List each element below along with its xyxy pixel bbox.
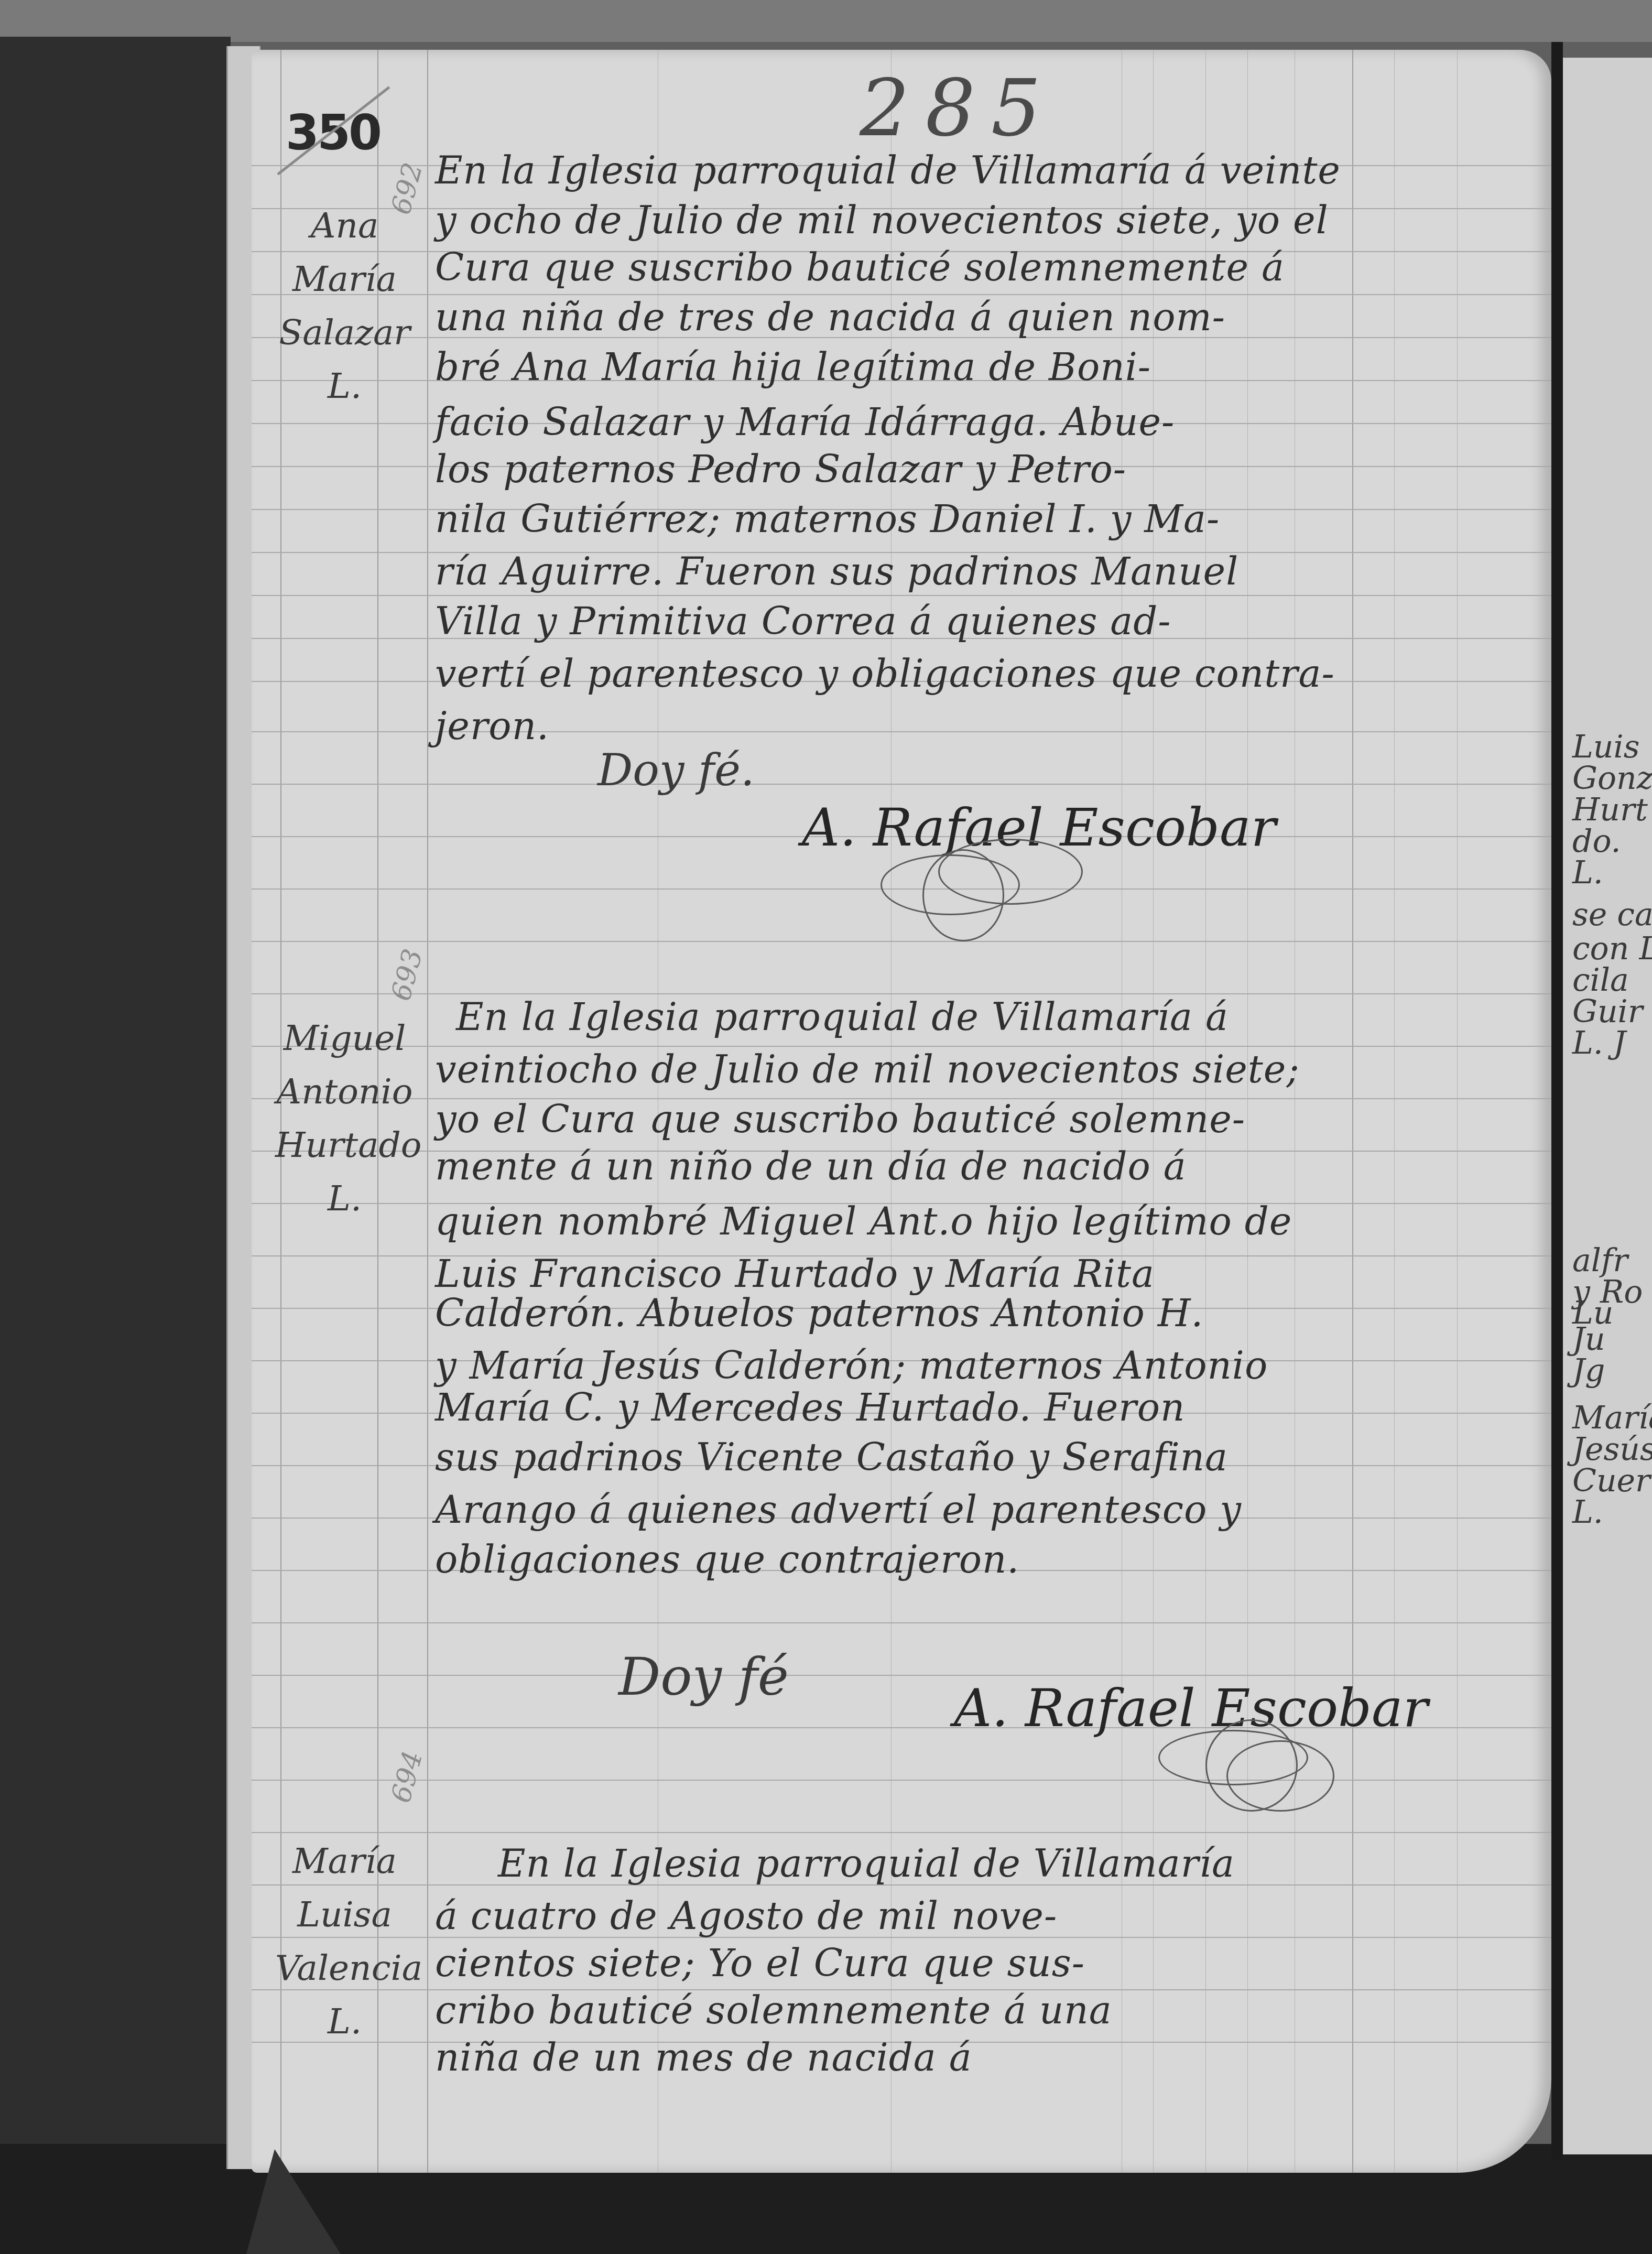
record-line: En la Iglesia parroquial de Villamaría bbox=[498, 1840, 1599, 1887]
record-line: María C. y Mercedes Hurtado. Fueron bbox=[435, 1384, 1536, 1431]
margin-name-line: L. bbox=[275, 1172, 414, 1226]
margin-name-line: Hurtado bbox=[275, 1119, 414, 1172]
record-line: Cura que suscribo bauticé solemnemente á bbox=[435, 244, 1536, 291]
margin-name-entry-3: María Luisa Valencia L. bbox=[275, 1835, 414, 2049]
record-line: sus padrinos Vicente Castaño y Serafina bbox=[435, 1434, 1536, 1481]
record-line: bré Ana María hija legítima de Boni- bbox=[435, 343, 1536, 391]
record-line: cribo bauticé solemnemente á una bbox=[435, 1987, 1536, 2034]
signature-flourish bbox=[922, 849, 1004, 941]
margin-name-line: Salazar bbox=[275, 306, 414, 360]
record-line: Calderón. Abuelos paternos Antonio H. bbox=[435, 1289, 1536, 1337]
margin-name-line: María bbox=[275, 1835, 414, 1888]
rule-horizontal bbox=[252, 784, 1551, 785]
priest-signature: A. Rafael Escobar bbox=[954, 1677, 1428, 1739]
margin-name-line: Antonio bbox=[275, 1065, 414, 1119]
rule-horizontal bbox=[252, 1675, 1551, 1676]
margin-name-line: Luisa bbox=[275, 1888, 414, 1942]
rule-horizontal bbox=[252, 1780, 1551, 1781]
adjacent-fragment: L. bbox=[1572, 1489, 1603, 1536]
margin-name-line: L. bbox=[275, 360, 414, 413]
margin-name-line: Miguel bbox=[275, 1012, 414, 1065]
book-cover-left bbox=[0, 37, 231, 2144]
record-line: obligaciones que contrajeron. bbox=[435, 1536, 1536, 1583]
record-line: una niña de tres de nacida á quien nom- bbox=[435, 294, 1536, 341]
record-line: vertí el parentesco y obligaciones que c… bbox=[435, 650, 1536, 697]
signature-flourish bbox=[1226, 1740, 1334, 1812]
record-line: y ocho de Julio de mil novecientos siete… bbox=[435, 197, 1536, 244]
adjacent-fragment: L. bbox=[1572, 849, 1603, 896]
rule-horizontal bbox=[252, 595, 1551, 596]
margin-name-line: Ana bbox=[275, 199, 414, 253]
rule-horizontal bbox=[252, 1622, 1551, 1623]
page-number: 285 bbox=[860, 63, 1057, 154]
record-line: nila Gutiérrez; maternos Daniel I. y Ma- bbox=[435, 495, 1536, 543]
margin-name-entry-1: Ana María Salazar L. bbox=[275, 199, 414, 413]
record-line: En la Iglesia parroquial de Villamaría á… bbox=[435, 147, 1536, 194]
record-line: facio Salazar y María Idárraga. Abue- bbox=[435, 398, 1536, 446]
rule-horizontal bbox=[252, 1832, 1551, 1833]
record-line: jeron. bbox=[435, 702, 1536, 750]
record-line: los paternos Pedro Salazar y Petro- bbox=[435, 446, 1536, 493]
margin-name-line: María bbox=[275, 253, 414, 306]
margin-name-entry-2: Miguel Antonio Hurtado L. bbox=[275, 1012, 414, 1226]
rule-horizontal bbox=[252, 941, 1551, 942]
record-line: En la Iglesia parroquial de Villamaría á bbox=[456, 993, 1557, 1041]
closing-formula: Doy fé. bbox=[597, 744, 755, 796]
closing-formula: Doy fé bbox=[618, 1646, 789, 1707]
record-line: ría Aguirre. Fueron sus padrinos Manuel bbox=[435, 548, 1536, 595]
record-line: Villa y Primitiva Correa á quienes ad- bbox=[435, 598, 1536, 645]
record-line: mente á un niño de un día de nacido á bbox=[435, 1143, 1536, 1190]
rule-vertical bbox=[427, 50, 428, 2173]
adjacent-fragment: Jg bbox=[1572, 1347, 1605, 1394]
record-line: y María Jesús Calderón; maternos Antonio bbox=[435, 1342, 1536, 1389]
record-line: á cuatro de Agosto de mil nove- bbox=[435, 1892, 1536, 1939]
record-line: veintiocho de Julio de mil novecientos s… bbox=[435, 1046, 1536, 1093]
record-line: quien nombré Miguel Ant.o hijo legítimo … bbox=[435, 1198, 1536, 1245]
margin-name-line: L. bbox=[275, 1995, 414, 2049]
adjacent-fragment: L. J bbox=[1572, 1020, 1626, 1067]
margin-name-line: Valencia bbox=[275, 1942, 414, 1995]
record-line: yo el Cura que suscribo bauticé solemne- bbox=[435, 1096, 1536, 1143]
record-line: Arango á quienes advertí el parentesco y bbox=[435, 1486, 1536, 1533]
record-line: niña de un mes de nacida á bbox=[435, 2034, 1536, 2081]
record-line: cientos siete; Yo el Cura que sus- bbox=[435, 1939, 1536, 1987]
scan-background-top bbox=[0, 0, 1652, 42]
